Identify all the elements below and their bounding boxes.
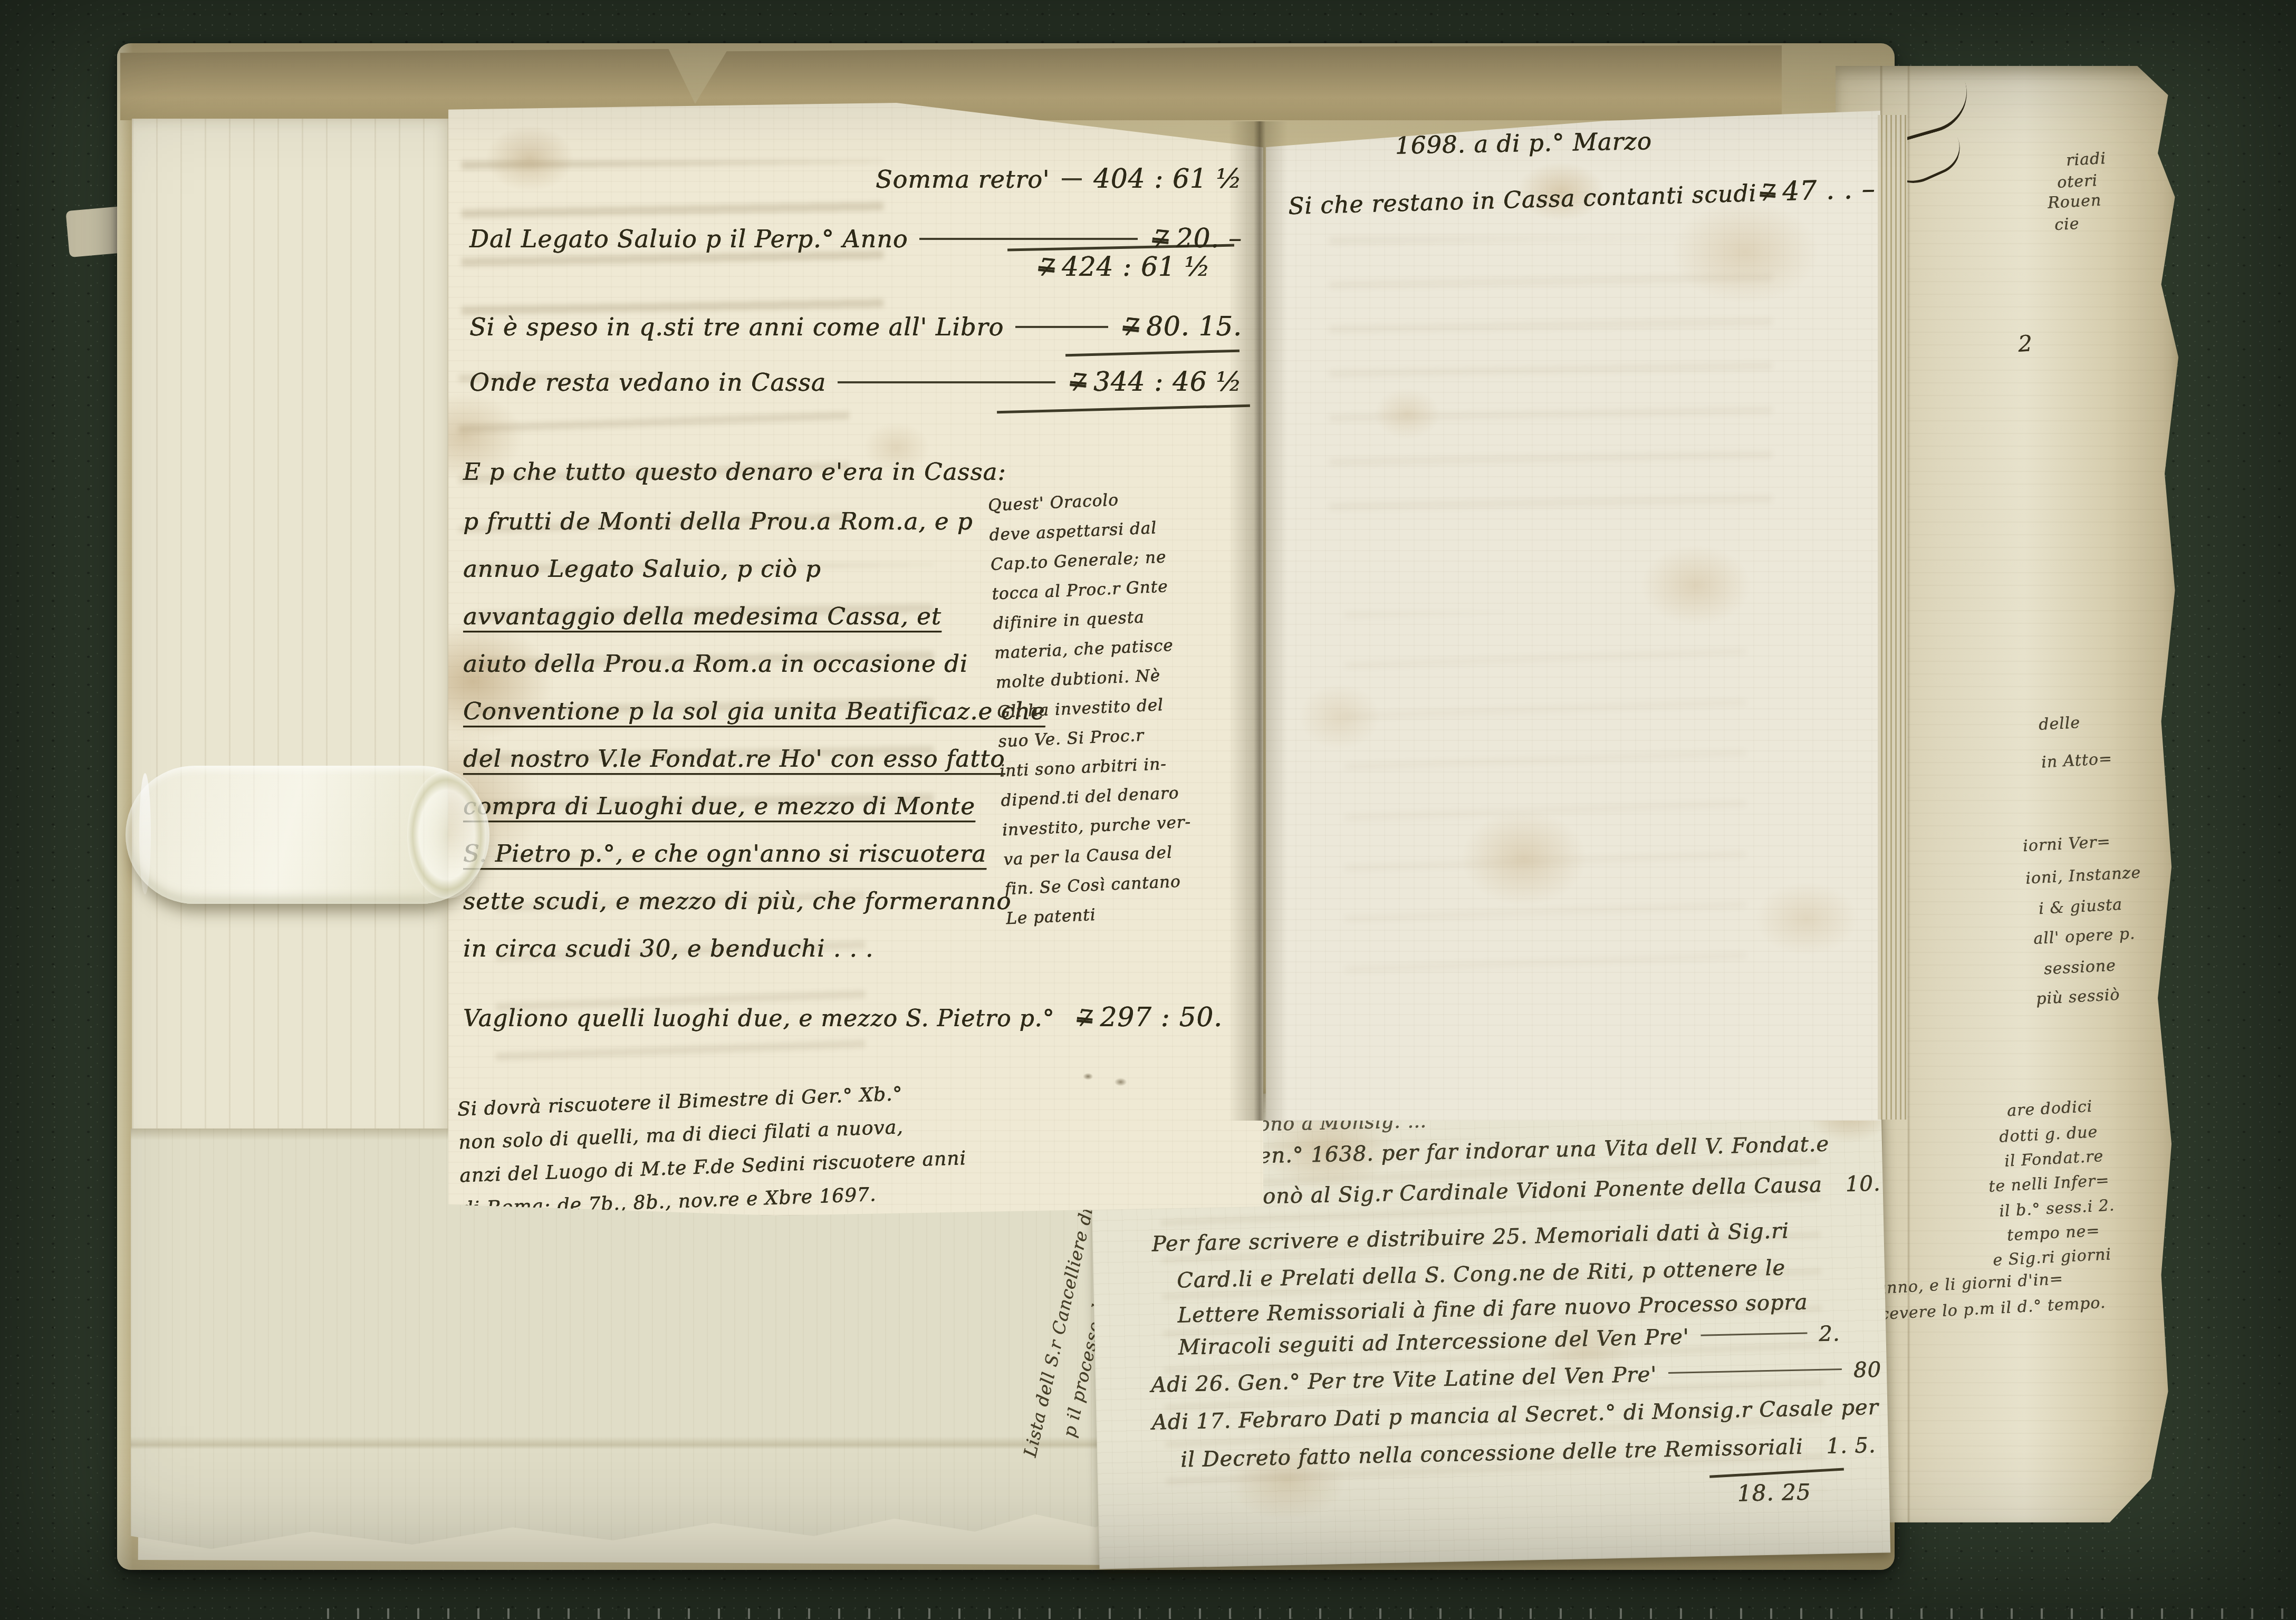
- leader-dash: [838, 381, 1055, 383]
- edge-fragment: Rouen: [2047, 191, 2102, 212]
- foxing-stains: [1266, 111, 1880, 1121]
- scudi-sign: 7: [1759, 179, 1776, 207]
- edge-fragment: più sessiò: [2035, 986, 2120, 1008]
- total-rule: [1709, 1468, 1844, 1478]
- edge-fragment: te nelli Infer=: [1988, 1171, 2110, 1196]
- cover-top-torn-edge: [120, 45, 1782, 120]
- edge-text-fragments-upper: riadioteriRouencie2: [1862, 134, 2178, 388]
- entry-amount-row: Adi 26. Gen.° Per tre Vite Latine del Ve…: [1151, 1357, 1882, 1397]
- entry-line: Miracoli seguiti ad Intercessione del Ve…: [1178, 1325, 1689, 1359]
- summary-row-subtotal: 7 424 : 61 ½: [469, 252, 1242, 282]
- body-line: aiuto della Prou.a Rom.a in occasione di: [463, 640, 998, 688]
- body-line: sette scudi, e mezzo di più, che formera…: [463, 877, 998, 925]
- edge-fragment: delle: [2038, 713, 2081, 734]
- edge-fragment: all' opere p.: [2033, 924, 2136, 948]
- leader-dash: [1062, 178, 1082, 180]
- entry-amount: 10.: [1845, 1171, 1881, 1196]
- scudi-sign: 7: [1151, 224, 1170, 254]
- body-paragraph: E p che tutto questo denaro e'era in Cas…: [463, 448, 998, 972]
- summary-row-legato: Dal Legato Saluio p il Perp.° Anno 7 20.…: [469, 223, 1242, 254]
- scudi-sign: 7: [1121, 312, 1140, 342]
- body-intro-line: E p che tutto questo denaro e'era in Cas…: [463, 448, 998, 496]
- body-line: S. Pietro p.°, e che ogn'anno si riscuot…: [463, 830, 998, 877]
- edge-text-fragments-lower: are dodicidotti g. dueil Fondat.rete nel…: [1872, 1092, 2147, 1318]
- edge-fragment: ioni, Instanze: [2025, 863, 2141, 888]
- edge-fragment: anno, e li giorni d'in=: [1876, 1270, 2063, 1298]
- entry-line: Card.li e Prelati della S. Cong.ne de Ri…: [1177, 1256, 1786, 1293]
- balance-row: Si che restano in Cassa contanti scudi 7…: [1288, 174, 1852, 220]
- leader-dash: [1015, 326, 1108, 328]
- edge-fragment: oteri: [2057, 171, 2098, 192]
- balance-label: Si che restano in Cassa contanti scudi: [1288, 180, 1757, 220]
- summary-label: Onde resta vedano in Cassa: [469, 368, 826, 397]
- summary-amount: 344 : 46 ½: [1093, 367, 1242, 397]
- scudi-sign: 7: [1076, 1005, 1094, 1033]
- manuscript-photo: riadioteriRouencie2 dellein Atto=iorni V…: [0, 0, 2296, 1620]
- valuation-amount: 297 : 50.: [1100, 1002, 1223, 1033]
- entry-amount-row: il Decreto fatto nella concessione delle…: [1180, 1434, 1838, 1472]
- entry-line: che si donò al Sig.r Cardinale Vidoni Po…: [1176, 1173, 1822, 1211]
- sum-rule: [997, 404, 1250, 414]
- edge-fragment: are dodici: [2006, 1097, 2093, 1120]
- left-flyleaf: [132, 119, 456, 1139]
- summary-row-somma-retro: Somma retro' 404 : 61 ½: [469, 163, 1242, 194]
- valuation-label: Vagliono quelli luoghi due, e mezzo S. P…: [463, 1005, 1055, 1032]
- entry-amount-row: che si donò al Sig.r Cardinale Vidoni Po…: [1176, 1172, 1862, 1210]
- left-page: Somma retro' 404 : 61 ½ Dal Legato Salui…: [448, 103, 1263, 1216]
- summary-label: Dal Legato Saluio p il Perp.° Anno: [469, 225, 908, 253]
- entry-line: Per fare scrivere e distribuire 25. Memo…: [1151, 1219, 1789, 1256]
- ink-bleed-ghost: [1345, 612, 1746, 981]
- edge-fragment: dotti g. due: [1999, 1123, 2098, 1146]
- edge-fragment: iorni Ver=: [2022, 833, 2111, 856]
- entry-line: il Decreto fatto nella concessione delle…: [1180, 1435, 1803, 1472]
- body-line: p frutti de Monti della Prou.a Rom.a, e …: [463, 498, 998, 545]
- summary-label: Si è speso in q.sti tre anni come all' L…: [469, 313, 1004, 341]
- body-line: Conventione p la sol gia unita Beatifica…: [463, 688, 998, 735]
- body-line: annuo Legato Saluio, p ciò p: [463, 545, 998, 593]
- margin-note: Quest' Oracolodeve aspettarsi dalCap.to …: [987, 480, 1260, 933]
- right-page-edge-lines: [1878, 115, 1907, 1120]
- footnote-block: Si dovrà riscuotere il Bimestre di Ger.°…: [457, 1073, 1046, 1226]
- right-page: 1698. a di p.° Marzo Si che restano in C…: [1266, 111, 1880, 1121]
- body-line: in circa scudi 30, e benduchi . . .: [463, 925, 998, 972]
- edge-fragment: sessione: [2043, 956, 2116, 978]
- summary-amount: 424 : 61 ½: [1062, 252, 1211, 282]
- entry-amount: 80: [1853, 1357, 1882, 1382]
- scanner-tick-marks: [327, 1608, 2296, 1619]
- ink-bleed-ghost: [1329, 237, 1772, 533]
- edge-fragment: in Atto=: [2041, 749, 2113, 772]
- entry-line: Lettere Remissoriali à fine di fare nuov…: [1177, 1290, 1808, 1327]
- scudi-sign: 7: [1037, 253, 1056, 283]
- leader-dash: [919, 238, 1138, 240]
- summary-label: Somma retro': [876, 165, 1050, 194]
- scudi-sign: 7: [1069, 368, 1088, 398]
- summary-amount: 404 : 61 ½: [1093, 163, 1242, 194]
- leader-dash: [1668, 1368, 1842, 1374]
- body-line: compra di Luoghi due, e mezzo di Monte: [463, 783, 998, 830]
- edge-fragment: riadi: [2066, 149, 2106, 170]
- summary-amount: 80. 15.: [1146, 311, 1242, 342]
- entry-line: Adi 17. Febraro Dati p mancia al Secret.…: [1151, 1395, 1879, 1435]
- valuation-row: Vagliono quelli luoghi due, e mezzo S. P…: [463, 1002, 1223, 1033]
- body-lines: p frutti de Monti della Prou.a Rom.a, e …: [463, 498, 998, 972]
- edge-fragment: i & giusta: [2038, 895, 2122, 918]
- balance-amount: 47 . . –: [1782, 173, 1876, 207]
- entry-line: Adi 26. Gen.° Per tre Vite Latine del Ve…: [1151, 1362, 1657, 1397]
- edge-fragment: e Sig.ri giorni: [1992, 1245, 2111, 1270]
- summary-row-resto-cassa: Onde resta vedano in Cassa 7 344 : 46 ½: [469, 367, 1242, 397]
- edge-fragment: il b.° sess.i 2.: [1999, 1196, 2115, 1220]
- edge-text-fragments-middle: dellein Atto=iorni Ver=ioni, Instanzei &…: [2020, 707, 2178, 1023]
- entry-amount: 1. 5.: [1826, 1433, 1876, 1459]
- entry-amount: 2.: [1819, 1322, 1840, 1346]
- leader-dash: [1701, 1332, 1808, 1336]
- sum-rule: [1065, 350, 1240, 357]
- summary-row-speso: Si è speso in q.sti tre anni come all' L…: [469, 311, 1242, 342]
- body-line: avvantaggio della medesima Cassa, et: [463, 593, 998, 640]
- body-line: del nostro V.le Fondat.re Ho' con esso f…: [463, 735, 998, 783]
- edge-fragment: il Fondat.re: [2004, 1147, 2104, 1171]
- edge-fragment: cie: [2054, 215, 2080, 234]
- total-amount: 18. 25: [1737, 1479, 1811, 1506]
- entry-amount-row: Miracoli seguiti ad Intercessione del Ve…: [1178, 1322, 1840, 1359]
- edge-fragment: tempo ne=: [2006, 1221, 2100, 1245]
- glass-paperweight: [126, 766, 489, 904]
- edge-fragment: 2: [2018, 330, 2033, 356]
- book-gutter-shadow: [1229, 121, 1288, 1121]
